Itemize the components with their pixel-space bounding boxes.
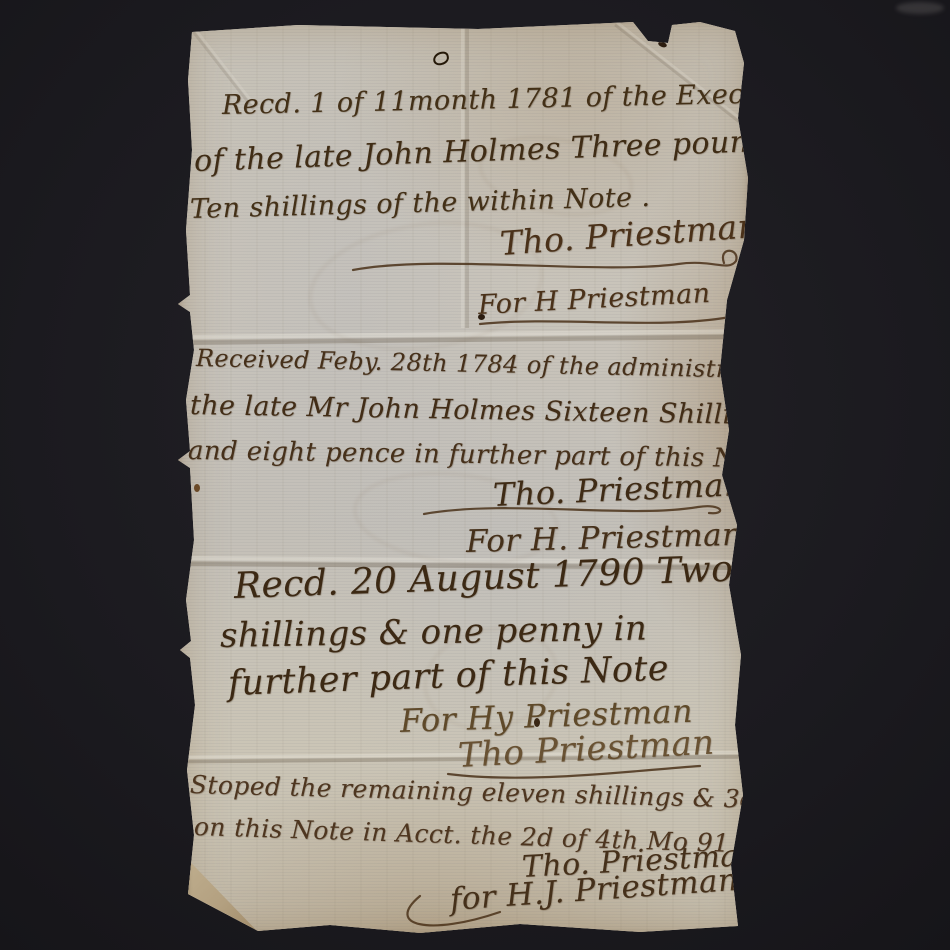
background-smudge [896, 2, 944, 14]
document-paper: Recd. 1 of 11month 1781 of the Executrix… [178, 18, 750, 936]
photo-background: Recd. 1 of 11month 1781 of the Executrix… [0, 0, 950, 950]
ink-speck [194, 484, 200, 492]
receipt3-line2: shillings & one penny in [220, 609, 648, 656]
